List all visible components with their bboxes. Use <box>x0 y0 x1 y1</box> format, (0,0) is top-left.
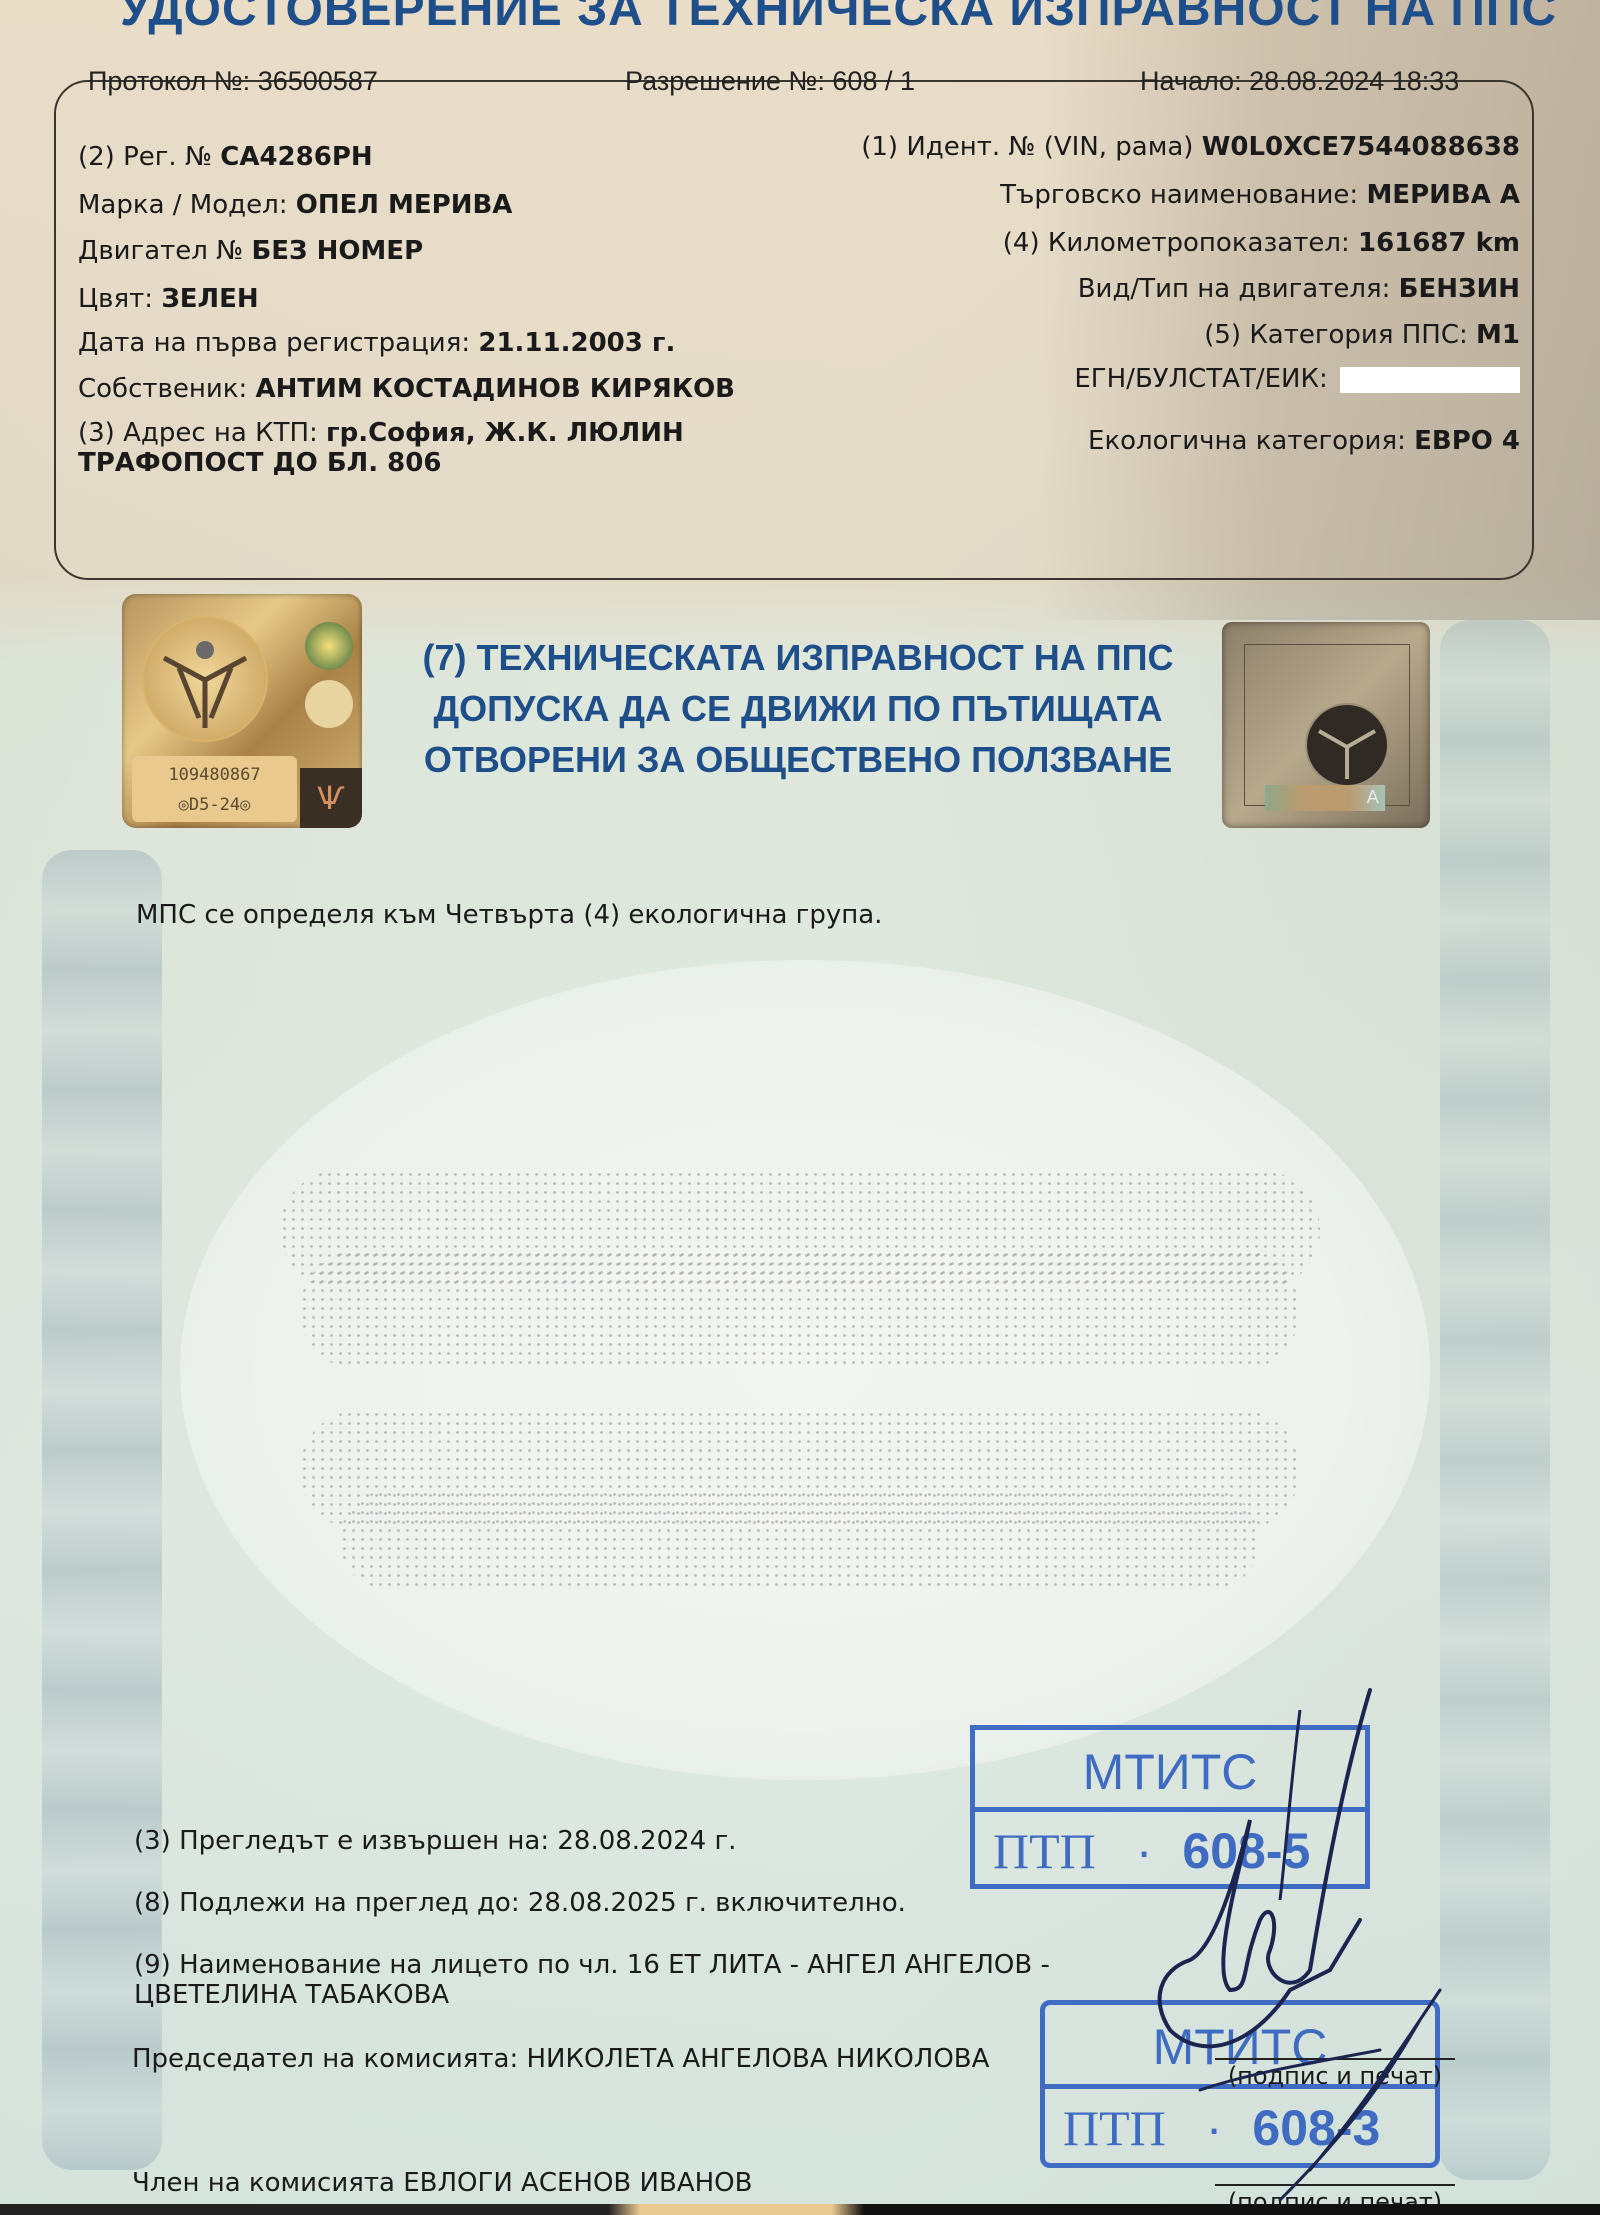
field-label: Екологична категория: <box>1088 426 1406 456</box>
field-value: ОПЕЛ МЕРИВА <box>296 190 513 220</box>
stamp-number: 608-3 <box>1252 2100 1380 2156</box>
odometer-field: (4) Километропоказател: 161687 km <box>1003 228 1520 258</box>
start-time: Начало: 28.08.2024 18:33 <box>1140 66 1459 97</box>
first-registration-field: Дата на първа регистрация: 21.11.2003 г. <box>78 328 675 358</box>
microprint-pattern <box>300 1250 1300 1370</box>
permit-number: Разрешение №: 608 / 1 <box>625 66 915 97</box>
signature-label: (подпис и печат) <box>1215 2058 1455 2090</box>
hologram-sticker: 109480867 ◎D5-24◎ Ѱ <box>122 594 362 828</box>
approval-line: ОТВОРЕНИ ЗА ОБЩЕСТВЕНО ПОЛЗВАНЕ <box>378 734 1218 785</box>
next-inspection-date: (8) Подлежи на преглед до: 28.08.2025 г.… <box>134 1888 906 1918</box>
emblem-icon <box>142 616 268 742</box>
stamp-prefix: ПТП <box>1063 2100 1166 2156</box>
document-title: УДОСТОВЕРЕНИЕ ЗА ТЕХНИЧЕСКА ИЗПРАВНОСТ Н… <box>120 0 1480 37</box>
field-label: Търговско наименование: <box>1000 180 1358 210</box>
field-label: (1) Идент. № (VIN, рама) <box>861 132 1193 162</box>
inspection-entity: (9) Наименование на лицето по чл. 16 ЕТ … <box>134 1950 1164 2010</box>
stamp-prefix: ПТП <box>993 1823 1096 1879</box>
commission-member: Член на комисията ЕВЛОГИ АСЕНОВ ИВАНОВ <box>132 2168 752 2198</box>
ktp-address-field: (3) Адрес на КТП: гр.София, Ж.К. ЛЮЛИН Т… <box>78 418 684 478</box>
field-label: Собственик: <box>78 374 247 404</box>
field-value: БЕНЗИН <box>1399 274 1520 304</box>
security-pattern-oval <box>180 960 1430 1780</box>
approval-line: ДОПУСКА ДА СЕ ДВИЖИ ПО ПЪТИЩАТА <box>378 683 1218 734</box>
field-value: 161687 km <box>1358 228 1520 258</box>
engine-number-field: Двигател № БЕЗ НОМЕР <box>78 236 423 266</box>
permit-value: 608 / 1 <box>832 66 915 96</box>
start-value: 28.08.2024 18:33 <box>1249 66 1459 96</box>
emblem-icon <box>1305 703 1389 787</box>
stamp-code: ПТП·608-3 <box>1045 2089 1435 2167</box>
inspection-stamp: МТИТС ПТП·608-5 <box>970 1725 1370 1889</box>
certificate-page: УДОСТОВЕРЕНИЕ ЗА ТЕХНИЧЕСКА ИЗПРАВНОСТ Н… <box>0 0 1600 2215</box>
field-value-line2: ТРАФОПОСТ ДО БЛ. 806 <box>78 448 441 478</box>
field-label: Вид/Тип на двигателя: <box>1078 274 1391 304</box>
hologram-dot-icon <box>305 680 353 728</box>
serial-code: ◎D5-24◎ <box>132 790 297 820</box>
field-label: ЕГН/БУЛСТАТ/ЕИК: <box>1074 364 1327 394</box>
engine-type-field: Вид/Тип на двигателя: БЕНЗИН <box>1078 274 1520 304</box>
field-value: W0L0XCE7544088638 <box>1202 132 1520 162</box>
protocol-label: Протокол №: <box>88 66 250 96</box>
field-value: МЕРИВА А <box>1366 180 1520 210</box>
protocol-value: 36500587 <box>258 66 378 96</box>
approval-statement: (7) ТЕХНИЧЕСКАТА ИЗПРАВНОСТ НА ППС ДОПУС… <box>378 632 1218 785</box>
commission-chairman: Председател на комисията: НИКОЛЕТА АНГЕЛ… <box>132 2044 989 2074</box>
hologram-dot-icon <box>305 622 353 670</box>
sticker-letter: A <box>1265 785 1385 811</box>
security-sticker: A <box>1222 622 1430 828</box>
field-value: М1 <box>1476 320 1520 350</box>
permit-label: Разрешение №: <box>625 66 825 96</box>
person-emblem-icon: Ѱ <box>300 768 362 828</box>
category-field: (5) Категория ППС: М1 <box>1204 320 1520 350</box>
eco-category-field: Екологична категория: ЕВРО 4 <box>1088 426 1520 456</box>
microprint-pattern <box>340 1490 1260 1590</box>
field-value: АНТИМ КОСТАДИНОВ КИРЯКОВ <box>255 374 735 404</box>
field-label: (2) Рег. № <box>78 142 212 172</box>
inspection-date: (3) Прегледът е извършен на: 28.08.2024 … <box>134 1826 736 1856</box>
stamp-code: ПТП·608-5 <box>975 1812 1365 1890</box>
owner-field: Собственик: АНТИМ КОСТАДИНОВ КИРЯКОВ <box>78 374 735 404</box>
vin-field: (1) Идент. № (VIN, рама) W0L0XCE75440886… <box>861 132 1520 162</box>
color-field: Цвят: ЗЕЛЕН <box>78 284 259 314</box>
start-label: Начало: <box>1140 66 1242 96</box>
hologram-serial: 109480867 ◎D5-24◎ <box>132 756 297 822</box>
protocol-number: Протокол №: 36500587 <box>88 66 378 97</box>
reg-number-field: (2) Рег. № СА4286РН <box>78 142 373 172</box>
field-value: БЕЗ НОМЕР <box>251 236 423 266</box>
stamp-authority: МТИТС <box>975 1730 1365 1812</box>
trade-name-field: Търговско наименование: МЕРИВА А <box>1000 180 1520 210</box>
photo-background-edge <box>0 2204 1600 2215</box>
field-value: 21.11.2003 г. <box>478 328 675 358</box>
approval-line: (7) ТЕХНИЧЕСКАТА ИЗПРАВНОСТ НА ППС <box>378 632 1218 683</box>
field-label: Цвят: <box>78 284 153 314</box>
egn-field: ЕГН/БУЛСТАТ/ЕИК: <box>1074 364 1520 394</box>
serial-number: 109480867 <box>132 760 297 790</box>
field-value: ЗЕЛЕН <box>161 284 258 314</box>
redaction-box <box>1340 367 1520 393</box>
field-label: Марка / Модел: <box>78 190 288 220</box>
eco-group-note: МПС се определя към Четвърта (4) екологи… <box>136 900 882 930</box>
guilloche-border-right <box>1440 620 1550 2180</box>
field-value: гр.София, Ж.К. ЛЮЛИН <box>326 418 684 448</box>
field-label: (5) Категория ППС: <box>1204 320 1468 350</box>
field-value: ЕВРО 4 <box>1414 426 1520 456</box>
field-value: СА4286РН <box>220 142 372 172</box>
sticker-frame: A <box>1244 644 1410 806</box>
make-model-field: Марка / Модел: ОПЕЛ МЕРИВА <box>78 190 512 220</box>
field-label: Двигател № <box>78 236 243 266</box>
field-label: (3) Адрес на КТП: <box>78 418 318 448</box>
field-label: Дата на първа регистрация: <box>78 328 470 358</box>
field-label: (4) Километропоказател: <box>1003 228 1350 258</box>
stamp-number: 608-5 <box>1182 1823 1310 1879</box>
